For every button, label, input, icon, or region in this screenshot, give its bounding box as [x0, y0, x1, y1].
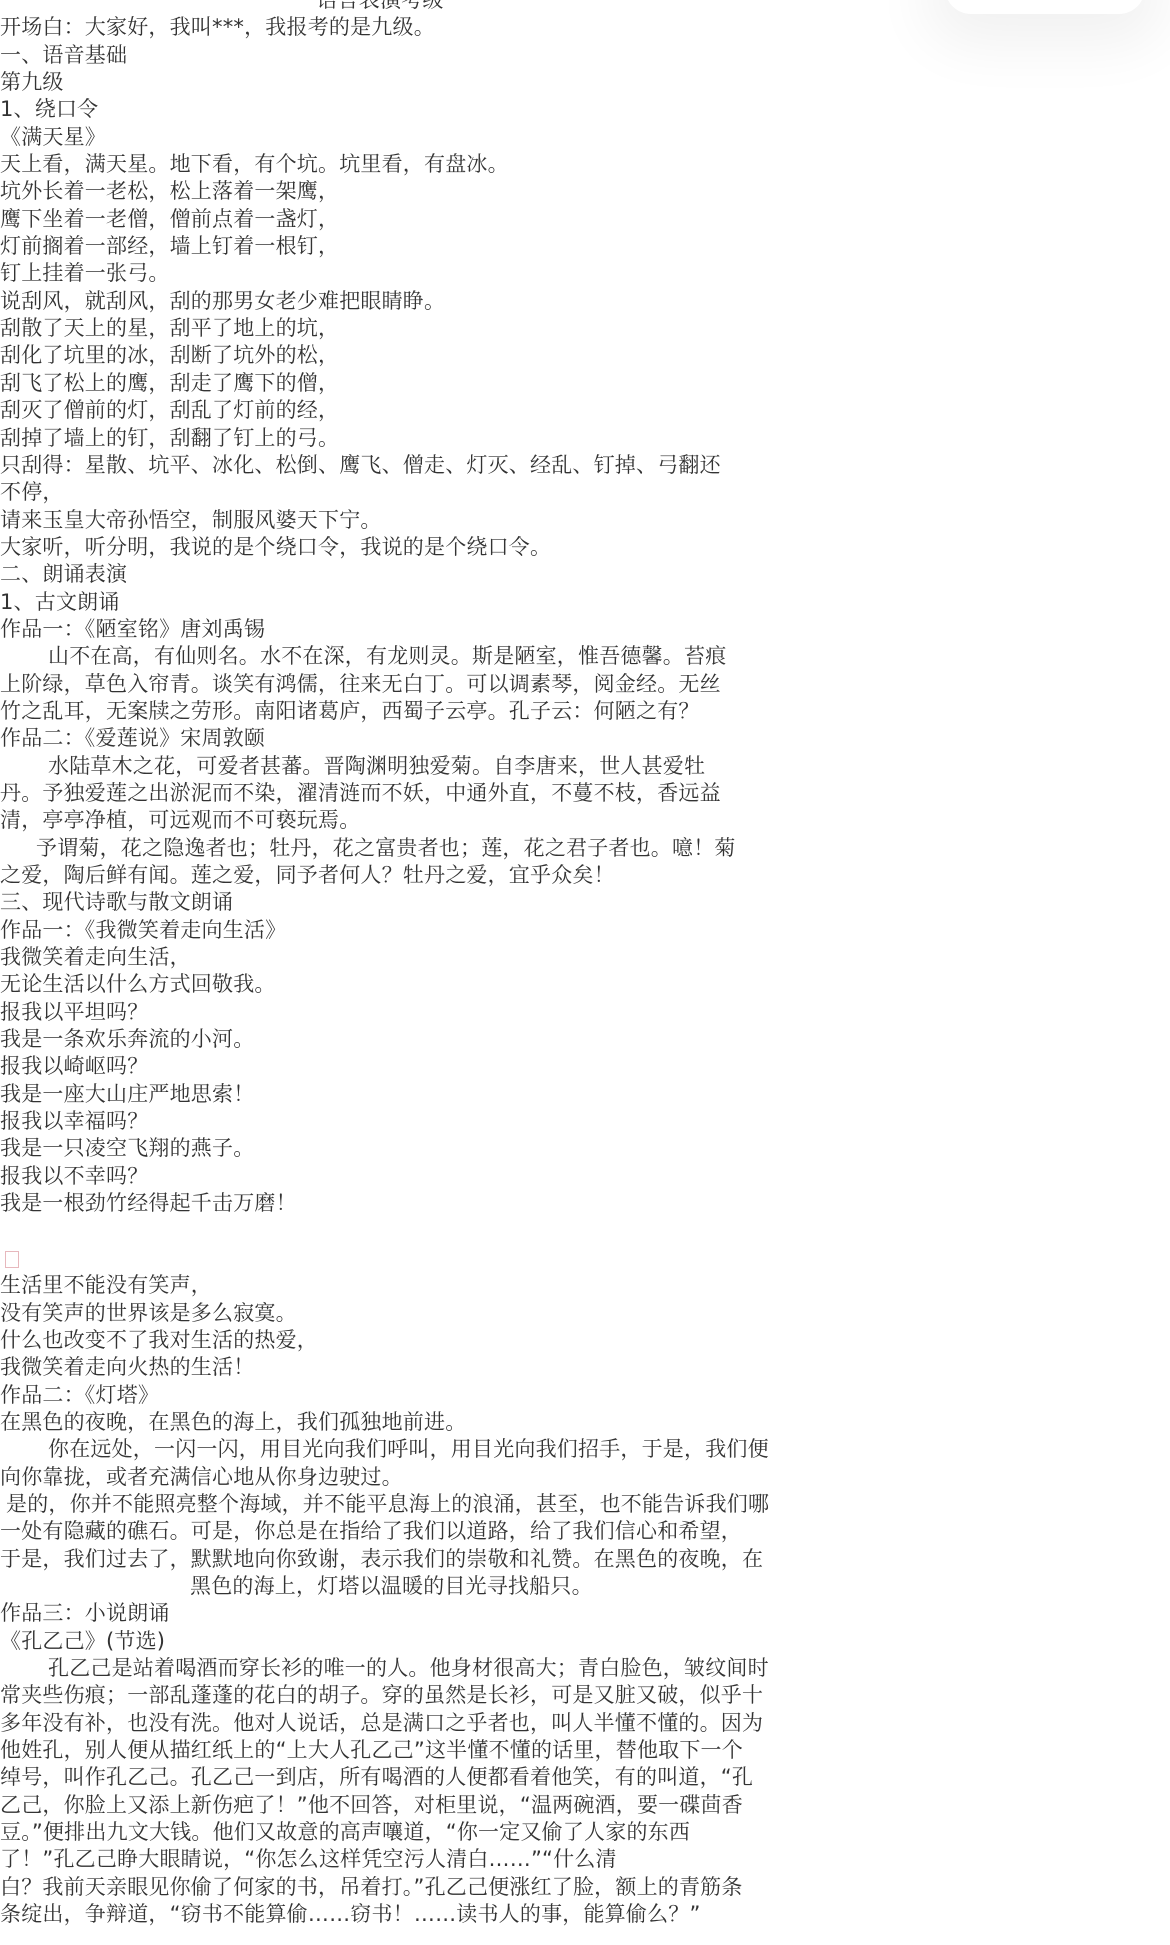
text-line: 报我以不幸吗？ [0, 1163, 860, 1190]
text-line: 黑色的海上，灯塔以温暖的目光寻找船只。 [0, 1573, 860, 1600]
text-line: 刮飞了松上的鹰，刮走了鹰下的僧， [0, 370, 860, 397]
text-line: 我是一条欢乐奔流的小河。 [0, 1026, 860, 1053]
text-line: 我是一根劲竹经得起千击万磨！ [0, 1190, 860, 1217]
document-title: 语言表演考级 [0, 0, 760, 14]
work-title: 作品一：《陋室铭》唐刘禹锡 [0, 616, 860, 643]
text-line: 山不在高，有仙则名。水不在深，有龙则灵。斯是陋室，惟吾德馨。苔痕 [0, 643, 860, 670]
text-line: 报我以崎岖吗？ [0, 1053, 860, 1080]
work-title: 作品二：《灯塔》 [0, 1382, 860, 1409]
text-line: 豆。”便排出九文大钱。他们又故意的高声嚷道，“你一定又偷了人家的东西 [0, 1819, 860, 1846]
text-line: 他姓孔，别人便从描红纸上的“上大人孔乙己”这半懂不懂的话里，替他取下一个 [0, 1737, 860, 1764]
text-line: 是的，你并不能照亮整个海域，并不能平息海上的浪涌，甚至，也不能告诉我们哪 [0, 1491, 860, 1518]
work-title: 作品二：《爱莲说》宋周敦颐 [0, 725, 860, 752]
text-line: 常夹些伤痕；一部乱蓬蓬的花白的胡子。穿的虽然是长衫，可是又脏又破，似乎十 [0, 1682, 860, 1709]
text-line: 钉上挂着一张弓。 [0, 260, 860, 287]
text-line: 我微笑着走向火热的生活！ [0, 1354, 860, 1381]
text-line: 我是一座大山庄严地思索！ [0, 1081, 860, 1108]
text-line: 刮散了天上的星，刮平了地上的坑， [0, 315, 860, 342]
text-line: 水陆草木之花，可爱者甚蕃。晋陶渊明独爱菊。自李唐来，世人甚爱牡 [0, 753, 860, 780]
text-line: 你在远处，一闪一闪，用目光向我们呼叫，用目光向我们招手，于是，我们便 [0, 1436, 860, 1463]
text-line: 报我以平坦吗？ [0, 999, 860, 1026]
text-line: 向你靠拢，或者充满信心地从你身边驶过。 [0, 1464, 860, 1491]
text-line: 绰号，叫作孔乙己。孔乙己一到店，所有喝酒的人便都看着他笑，有的叫道，“孔 [0, 1764, 860, 1791]
work-subtitle: 《孔乙己》(节选) [0, 1628, 860, 1655]
section-heading: 一、语音基础 [0, 42, 860, 69]
work-title: 《满天星》 [0, 124, 860, 151]
work-title: 作品一：《我微笑着走向生活》 [0, 917, 860, 944]
text-line: 了！”孔乙己睁大眼睛说，“你怎么这样凭空污人清白……”“什么清 [0, 1846, 860, 1873]
text-line: 竹之乱耳，无案牍之劳形。南阳诸葛庐，西蜀子云亭。孔子云：何陋之有？ [0, 698, 860, 725]
text-line: 一处有隐藏的礁石。可是，你总是在指给了我们以道路，给了我们信心和希望， [0, 1518, 860, 1545]
text-line: 我微笑着走向生活， [0, 944, 860, 971]
text-line: 丹。予独爱莲之出淤泥而不染，濯清涟而不妖，中通外直，不蔓不枝，香远益 [0, 780, 860, 807]
section-heading: 二、朗诵表演 [0, 561, 860, 588]
text-line: 请来玉皇大帝孙悟空，制服风婆天下宁。 [0, 507, 860, 534]
text-line: 刮灭了僧前的灯，刮乱了灯前的经， [0, 397, 860, 424]
blank-line [0, 1217, 860, 1244]
text-line: 清，亭亭净植，可远观而不可亵玩焉。 [0, 807, 860, 834]
text-line: 什么也改变不了我对生活的热爱， [0, 1327, 860, 1354]
text-line: 无论生活以什么方式回敬我。 [0, 971, 860, 998]
text-line: 不停， [0, 479, 860, 506]
floating-toolbar-card[interactable] [945, 0, 1145, 14]
text-line: 生活里不能没有笑声， [0, 1272, 860, 1299]
text-line: 白？我前天亲眼见你偷了何家的书，吊着打。”孔乙己便涨红了脸，额上的青筋条 [0, 1874, 860, 1901]
text-line: 只刮得：星散、坑平、冰化、松倒、鹰飞、僧走、灯灭、经乱、钉掉、弓翻还 [0, 452, 860, 479]
text-line: 予谓菊，花之隐逸者也；牡丹，花之富贵者也；莲，花之君子者也。噫！菊 [0, 835, 860, 862]
text-line: 说刮风，就刮风，刮的那男女老少难把眼睛睁。 [0, 288, 860, 315]
image-placeholder [0, 1245, 860, 1272]
text-line: 之爱，陶后鲜有闻。莲之爱，同予者何人？牡丹之爱，宜乎众矣！ [0, 862, 860, 889]
section-heading: 三、现代诗歌与散文朗诵 [0, 889, 860, 916]
text-line: 刮掉了墙上的钉，刮翻了钉上的弓。 [0, 425, 860, 452]
text-line: 我是一只凌空飞翔的燕子。 [0, 1135, 860, 1162]
text-line: 没有笑声的世界该是多么寂寞。 [0, 1300, 860, 1327]
work-title: 作品三：小说朗诵 [0, 1600, 860, 1627]
text-line: 鹰下坐着一老僧，僧前点着一盏灯， [0, 206, 860, 233]
document-body: 语言表演考级 开场白：大家好，我叫***，我报考的是九级。 一、语音基础 第九级… [0, 0, 860, 1928]
text-line: 乙己，你脸上又添上新伤疤了！”他不回答，对柜里说，“温两碗酒，要一碟茴香 [0, 1792, 860, 1819]
text-line: 孔乙己是站着喝酒而穿长衫的唯一的人。他身材很高大；青白脸色，皱纹间时 [0, 1655, 860, 1682]
sub-heading: 1、古文朗诵 [0, 589, 860, 616]
text-line: 条绽出，争辩道，“窃书不能算偷……窃书！……读书人的事，能算偷么？” [0, 1901, 860, 1928]
text-line: 上阶绿，草色入帘青。谈笑有鸿儒，往来无白丁。可以调素琴，阅金经。无丝 [0, 671, 860, 698]
text-line: 坑外长着一老松，松上落着一架鹰， [0, 178, 860, 205]
text-line: 刮化了坑里的冰，刮断了坑外的松， [0, 342, 860, 369]
opening-line: 开场白：大家好，我叫***，我报考的是九级。 [0, 14, 860, 41]
text-line: 灯前搁着一部经，墙上钉着一根钉， [0, 233, 860, 260]
text-line: 在黑色的夜晚，在黑色的海上，我们孤独地前进。 [0, 1409, 860, 1436]
sub-heading: 1、绕口令 [0, 96, 860, 123]
text-line: 大家听，听分明，我说的是个绕口令，我说的是个绕口令。 [0, 534, 860, 561]
text-line: 多年没有补，也没有洗。他对人说话，总是满口之乎者也，叫人半懂不懂的。因为 [0, 1710, 860, 1737]
text-line: 报我以幸福吗？ [0, 1108, 860, 1135]
text-line: 于是，我们过去了，默默地向你致谢，表示我们的崇敬和礼赞。在黑色的夜晚，在 [0, 1546, 860, 1573]
broken-image-icon [5, 1251, 19, 1268]
level-label: 第九级 [0, 69, 860, 96]
text-line: 天上看，满天星。地下看，有个坑。坑里看，有盘冰。 [0, 151, 860, 178]
